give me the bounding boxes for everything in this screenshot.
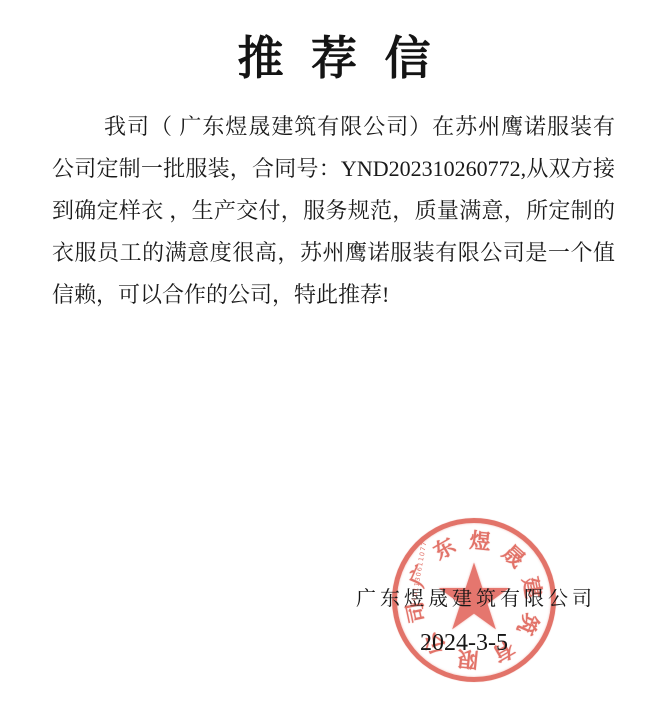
- body-line-5: 信赖，可以合作的公司，特此推荐!: [52, 274, 615, 316]
- body-line-1: 我司（ 广东煜晟建筑有限公司）在苏州鹰诺服装有限: [52, 106, 615, 148]
- body-line-2: 公司定制一批服装，合同号：YND202310260772,从双方接洽: [52, 148, 615, 190]
- page-title: 推 荐 信: [0, 22, 668, 88]
- body-line-4: 衣服员工的满意度很高，苏州鹰诺服装有限公司是一个值得: [52, 232, 615, 274]
- signature-company-name: 广东煜晟建筑有限公司: [356, 582, 596, 611]
- body-line-3: 到确定样衣 ，生产交付，服务规范，质量满意，所定制的: [52, 190, 615, 232]
- letter-body: 我司（ 广东煜晟建筑有限公司）在苏州鹰诺服装有限 公司定制一批服装，合同号：YN…: [52, 106, 615, 316]
- signature-date: 2024-3-5: [420, 630, 508, 657]
- recommendation-letter-page: 推 荐 信 我司（ 广东煜晟建筑有限公司）在苏州鹰诺服装有限 公司定制一批服装，…: [0, 0, 668, 720]
